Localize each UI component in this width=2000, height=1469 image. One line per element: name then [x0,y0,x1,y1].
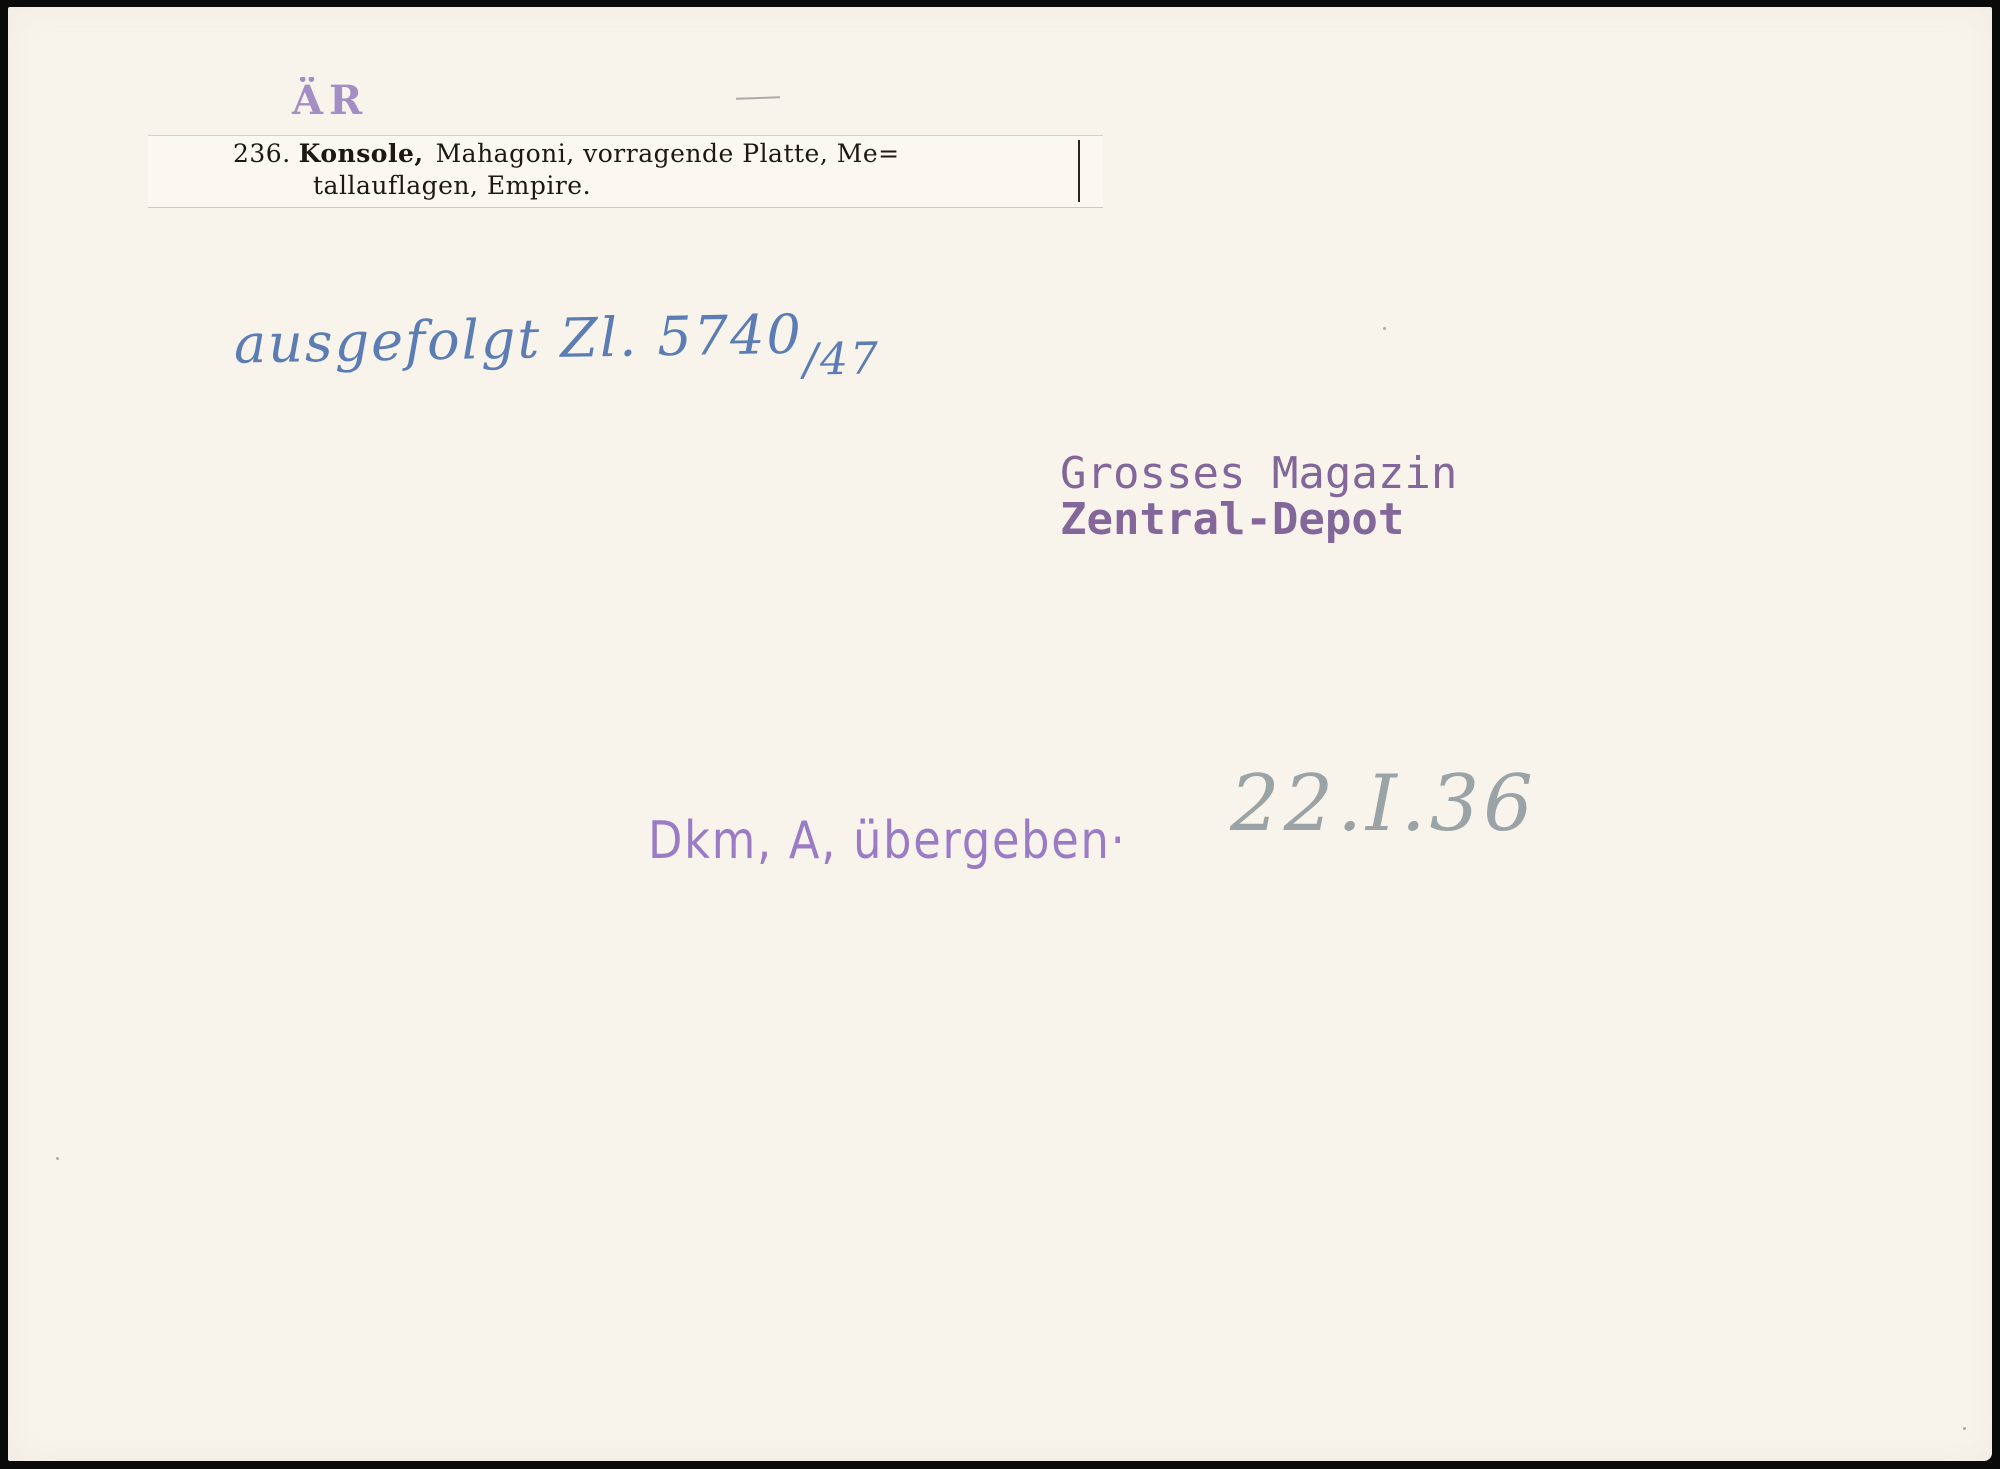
slip-description-1: Mahagoni, vorragende Platte, Me= [436,139,900,168]
paper-speck [1383,327,1386,330]
handwritten-reference-year: /47 [803,333,881,385]
handwritten-reference-text: ausgefolgt Zl. 5740 [233,303,803,376]
slip-vertical-rule [1078,140,1080,202]
depot-stamp: Grosses MagazinZentral-Depot [1060,451,1457,543]
depot-stamp-line-2: Zentral-Depot [1060,497,1457,543]
pencil-dash-mark [736,96,780,100]
handwritten-reference-note: ausgefolgt Zl. 5740/47 [233,301,880,395]
slip-item-heading: Konsole, [299,139,424,168]
pasted-catalogue-slip: 236.Konsole,Mahagoni, vorragende Platte,… [148,135,1103,208]
paper-speck [56,1157,59,1160]
slip-item-number: 236. [233,139,291,168]
transfer-stamp: Dkm, A, übergeben· [648,811,1127,871]
handwritten-date: 22.I.36 [1230,759,1537,849]
paper-speck [1963,1427,1966,1430]
stamp-ar: ÄR [292,77,368,124]
archive-card: ÄR 236.Konsole,Mahagoni, vorragende Plat… [8,7,1992,1461]
slip-line-2: tallauflagen, Empire. [313,171,591,200]
depot-stamp-line-1: Grosses Magazin [1060,451,1457,497]
slip-line-1: 236.Konsole,Mahagoni, vorragende Platte,… [233,139,900,168]
